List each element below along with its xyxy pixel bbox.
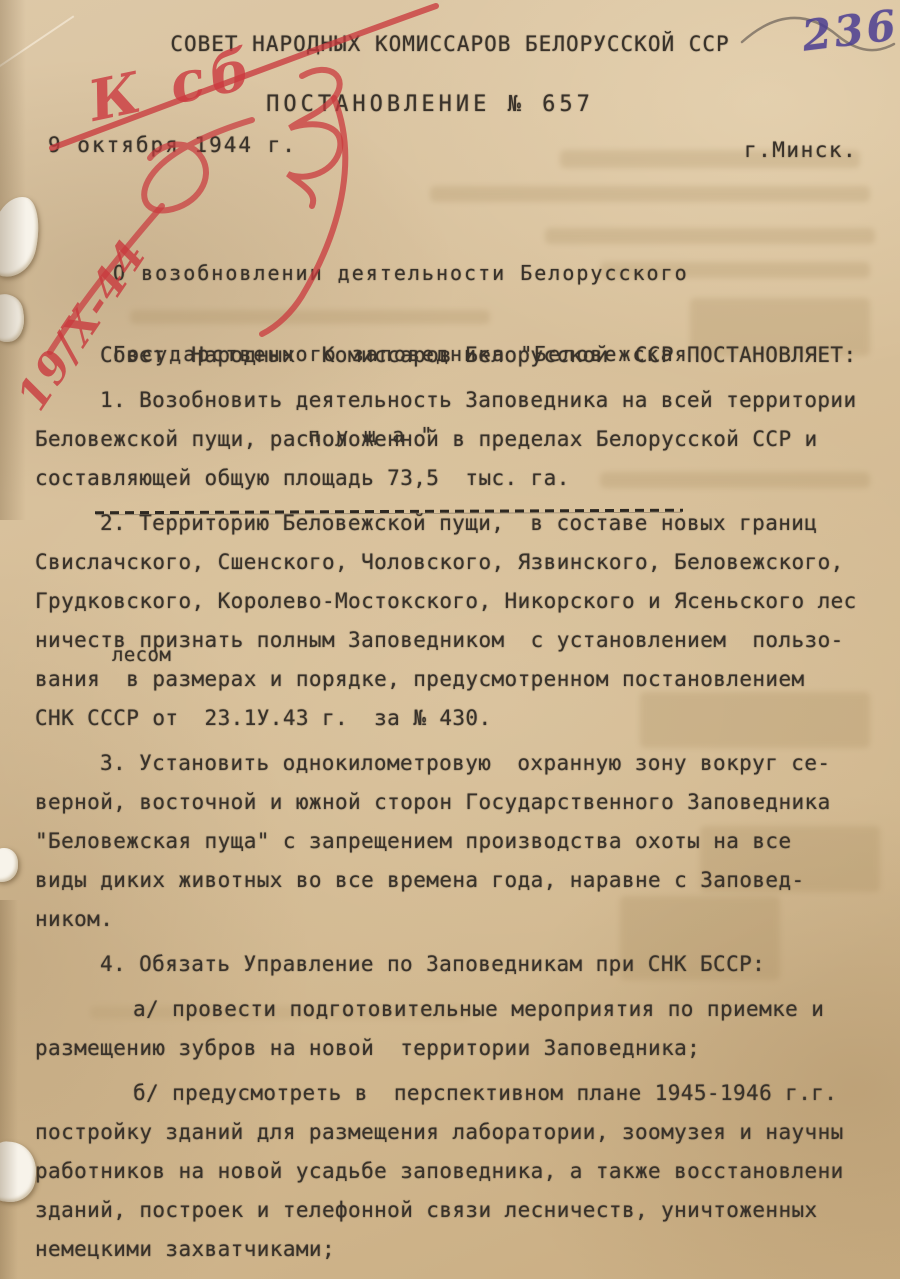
typed-line: Беловежской пущи, расположенной в предел… xyxy=(0,420,900,459)
typed-line: ником. xyxy=(0,900,900,939)
organization-title: СОВЕТ НАРОДНЫХ КОМИССАРОВ БЕЛОРУССКОЙ СС… xyxy=(0,32,900,56)
typed-line: верной, восточной и южной сторон Государ… xyxy=(0,783,900,822)
interlinear-insertion: лесом xyxy=(112,646,171,665)
typed-line: 3. Установить однокилометровую охранную … xyxy=(0,738,900,783)
paper-edge-shadow xyxy=(0,0,26,520)
typed-line: 4. Обязать Управление по Заповедникам пр… xyxy=(0,939,900,984)
typed-line: составляющей общую площадь 73,5 тыс. га. xyxy=(0,459,900,498)
typed-line: Совет Народных Комиссаров Белорусской СС… xyxy=(0,330,900,375)
typed-line: а/ провести подготовительные мероприятия… xyxy=(0,984,900,1029)
typed-line: вания в размерах и порядке, предусмотрен… xyxy=(0,660,900,699)
typed-line: работников на новой усадьбе заповедника,… xyxy=(0,1152,900,1191)
typed-line: "Беловежская пуща" с запрещением произво… xyxy=(0,822,900,861)
typed-line: зданий, построек и телефонной связи лесн… xyxy=(0,1191,900,1230)
typed-line: 1. Возобновить деятельность Заповедника … xyxy=(0,375,900,420)
subject-line: О возобновлении деятельности Белорусског… xyxy=(113,260,689,287)
typed-line: СНК СССР от 23.1У.43 г. за № 430. xyxy=(0,699,900,738)
typed-line: размещению зубров на новой территории За… xyxy=(0,1029,900,1068)
typed-line: 2. Территорию Беловежской пущи, в состав… xyxy=(0,498,900,543)
body-lines: Совет Народных Комиссаров Белорусской СС… xyxy=(0,330,900,1269)
document-date: 9 октября 1944 г. xyxy=(48,133,297,157)
typed-line: виды диких животных во все времена года,… xyxy=(0,861,900,900)
paper-edge-shadow xyxy=(0,900,18,1279)
typed-line: немецкими захватчиками; xyxy=(0,1230,900,1269)
typed-line: постройку зданий для размещения лаборато… xyxy=(0,1113,900,1152)
bleedthrough-mark xyxy=(430,186,870,202)
typed-line: Грудковского, Королево-Мостокского, Нико… xyxy=(0,582,900,621)
document-page: СОВЕТ НАРОДНЫХ КОМИССАРОВ БЕЛОРУССКОЙ СС… xyxy=(0,0,900,1279)
typed-line: Свислачского, Сшенского, Чоловского, Язв… xyxy=(0,543,900,582)
typed-line: б/ предусмотреть в перспективном плане 1… xyxy=(0,1068,900,1113)
document-place: г.Минск. xyxy=(744,138,857,162)
